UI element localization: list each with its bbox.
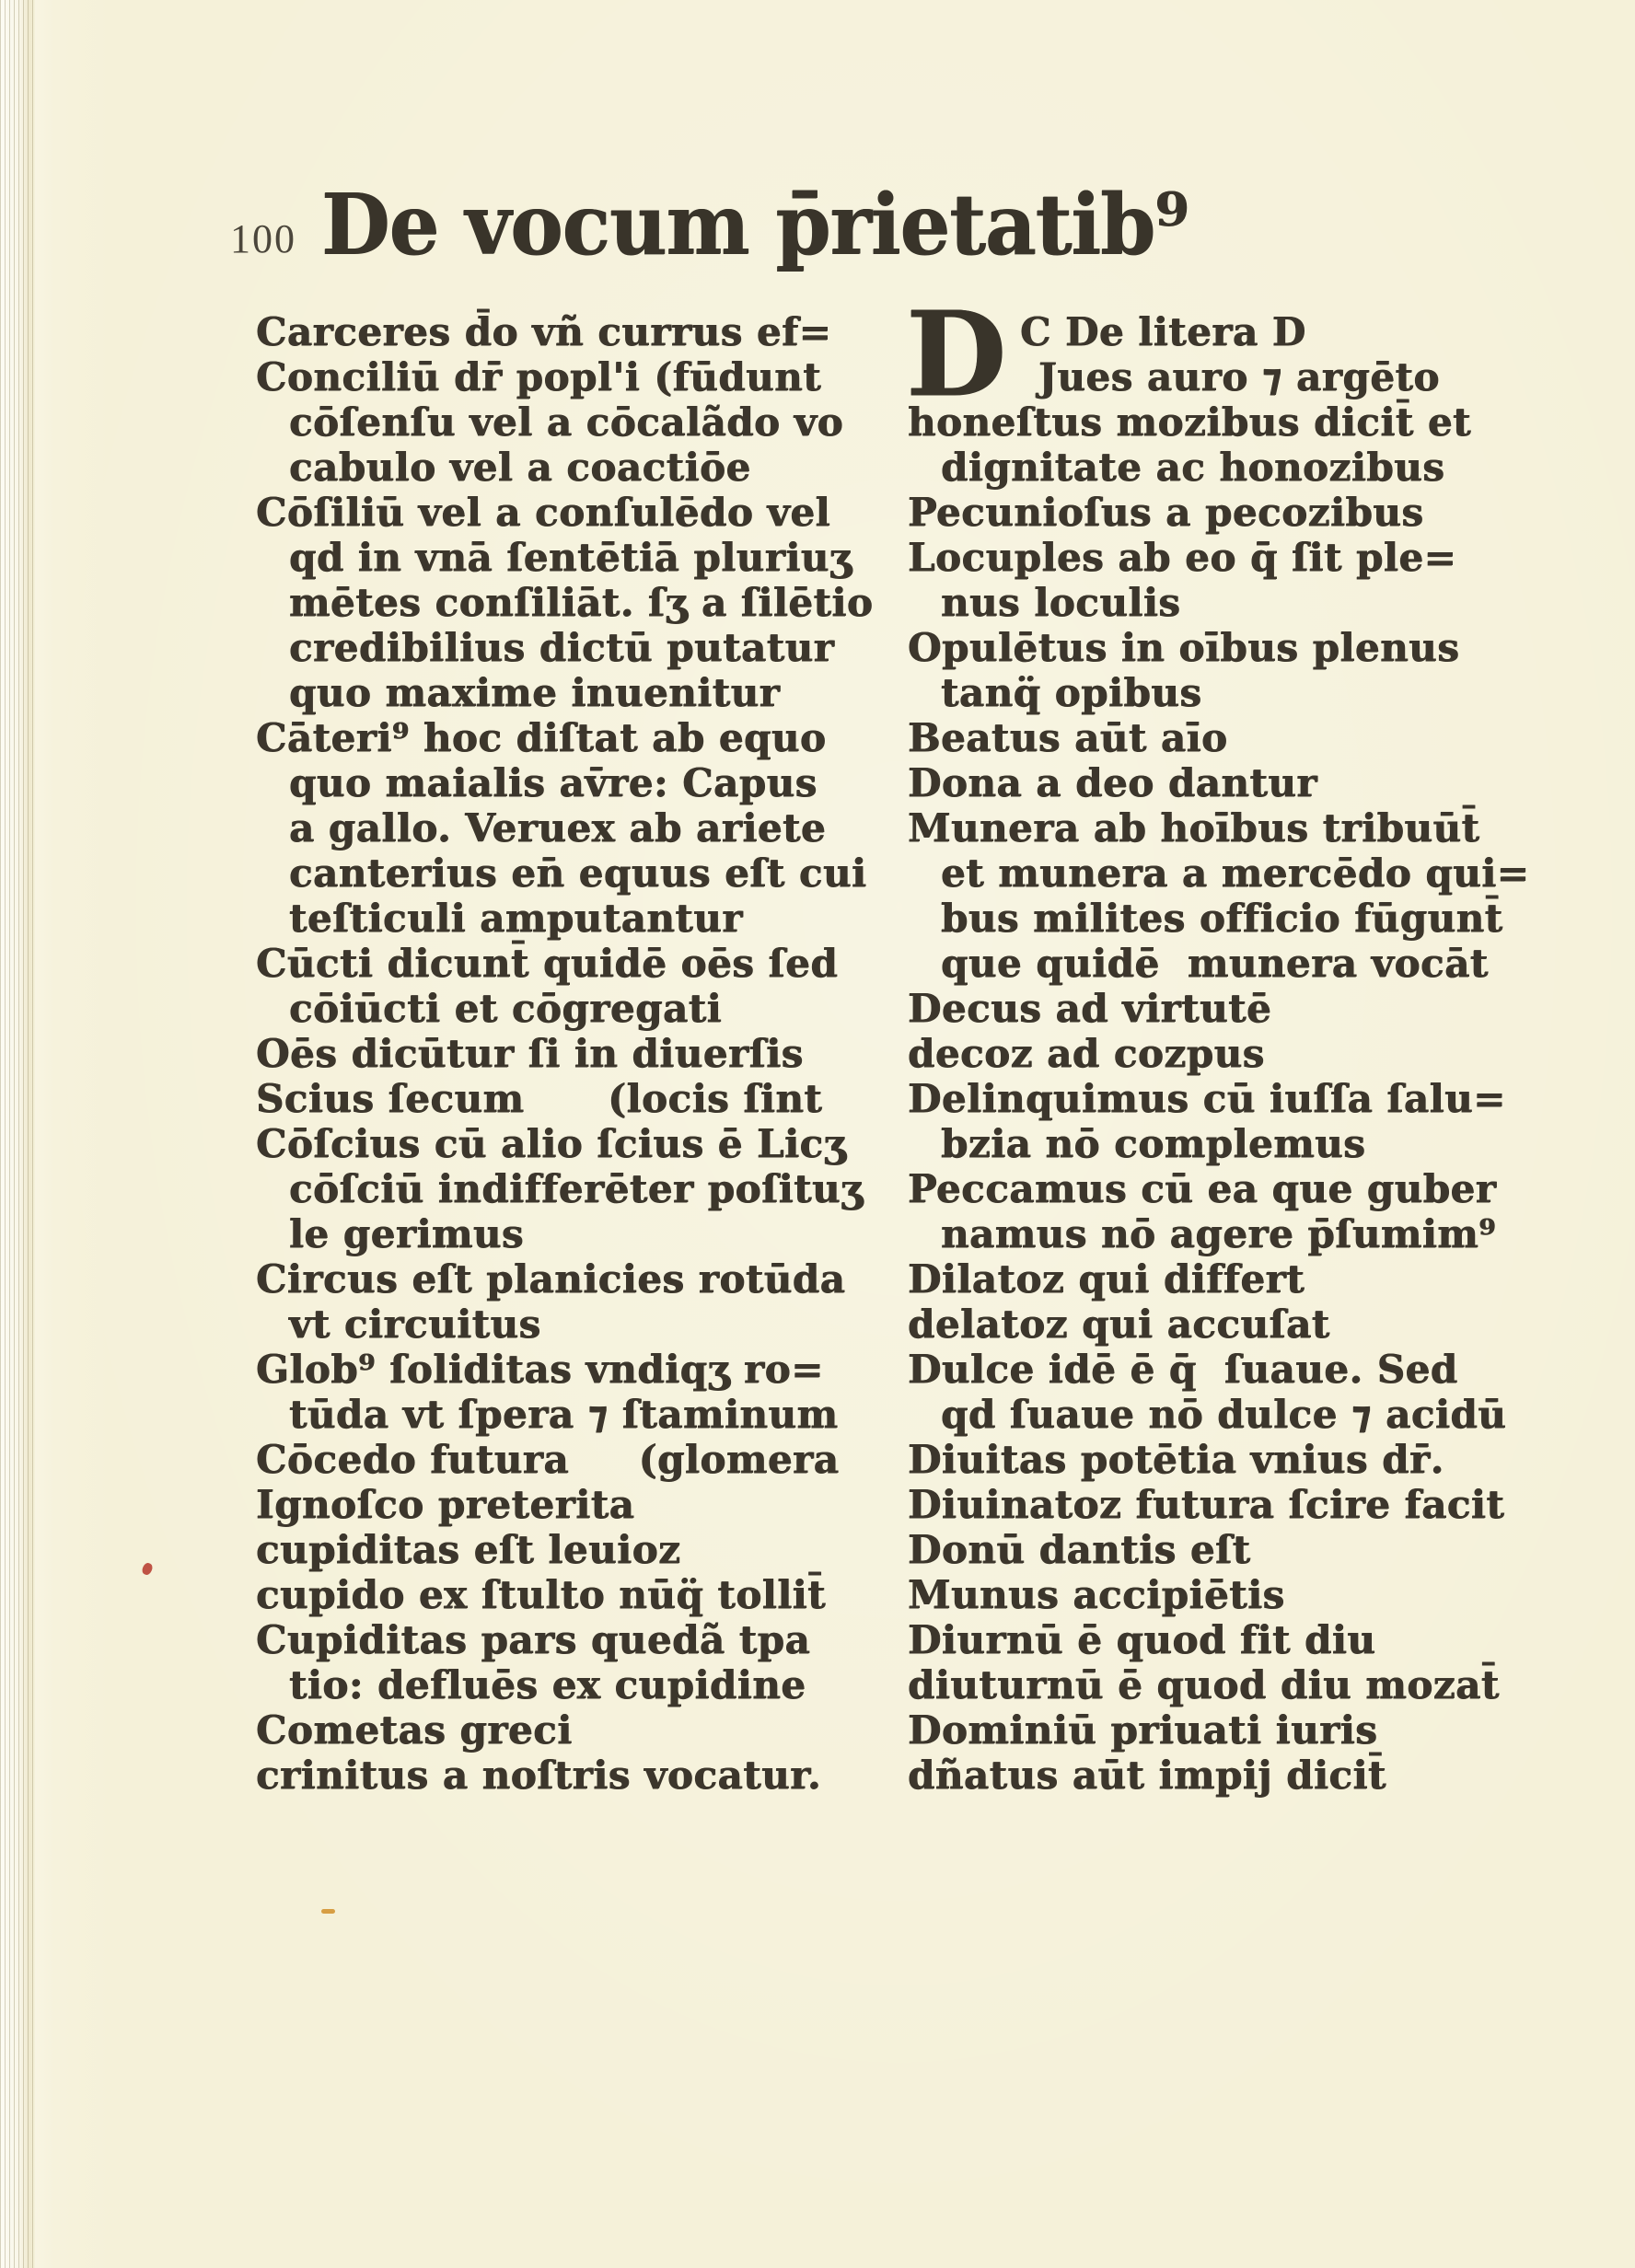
- text-line: Ignoſco preterita: [256, 1482, 945, 1527]
- text-line: cabulo vel a coactiōe: [256, 445, 945, 490]
- text-line: Cūcti dicunt̄ quidē oēs ſed: [256, 941, 945, 986]
- text-line: Cometas greci: [256, 1707, 945, 1753]
- text-line: tio: defluēs ex cupidine: [256, 1662, 945, 1707]
- text-line: quo maxime inuenitur: [256, 670, 945, 715]
- text-line: Cupiditas pars quedã tpa: [256, 1617, 945, 1662]
- text-line: qd ſuaue nō dulce ⁊ acidū: [908, 1392, 1515, 1437]
- text-line: credibilius dictū putatur: [256, 625, 945, 670]
- text-line: namus nō agere p̄ſumim⁹: [908, 1211, 1515, 1256]
- text-line: cōſciū indifferēter poſituʒ: [256, 1166, 945, 1211]
- text-line: nus loculis: [908, 580, 1515, 625]
- page-title: De vocum p̄rietatib⁹: [230, 179, 1280, 272]
- text-line: Munera ab hoībus tribuūt̄: [908, 805, 1515, 850]
- text-line: bzia nō complemus: [908, 1121, 1515, 1166]
- text-line: Opulētus in oībus plenus: [908, 625, 1515, 670]
- text-line: Glob⁹ ſoliditas vndiqʒ ro=: [256, 1347, 945, 1392]
- text-line: qd in vnā ſentētiā pluriuʒ: [256, 535, 945, 580]
- text-line: Dona a deo dantur: [908, 760, 1515, 805]
- text-line: Cōcedo futura (glomera: [256, 1437, 945, 1482]
- text-line: Diuitas potētia vnius dr̄.: [908, 1437, 1515, 1482]
- text-line: et munera a mercēdo qui=: [908, 850, 1515, 896]
- text-line: Cōſiliū vel a conſulēdo vel: [256, 490, 945, 535]
- ink-speck: [141, 1562, 154, 1577]
- text-line: vt circuitus: [256, 1302, 945, 1347]
- left-text-column: Carceres d̄o vñ currus ef=Conciliū dr̄ p…: [256, 309, 945, 1798]
- text-line: Dominiū priuati iuris: [908, 1707, 1515, 1753]
- text-line: le gerimus: [256, 1211, 945, 1256]
- text-line: Peccamus cū ea que guber: [908, 1166, 1515, 1211]
- text-line: dñatus aūt impij dicit̄: [908, 1753, 1515, 1798]
- text-line: Delinquimus cū iuſſa ſalu=: [908, 1076, 1515, 1121]
- scanned-book-page: 100 De vocum p̄rietatib⁹ Carceres d̄o vñ…: [0, 0, 1635, 2268]
- text-line: Cāteri⁹ hoc diſtat ab equo: [256, 715, 945, 760]
- text-line: bus milites officio fūgunt̄: [908, 896, 1515, 941]
- text-line: a gallo. Veruex ab ariete: [256, 805, 945, 850]
- text-line: Conciliū dr̄ popl'i (fūdunt: [256, 354, 945, 399]
- text-line: cōſenſu vel a cōcalãdo vo: [256, 399, 945, 445]
- text-line: quo maialis av̄re: Capus: [256, 760, 945, 805]
- text-line: que quidē munera vocāt: [908, 941, 1515, 986]
- text-line: teſticuli amputantur: [256, 896, 945, 941]
- text-line: cupiditas eſt leuioz: [256, 1527, 945, 1572]
- text-line: Dulce idē ē q̄ ſuaue. Sed: [908, 1347, 1515, 1392]
- text-line: diuturnū ē quod diu mozat̄: [908, 1662, 1515, 1707]
- text-line: cōiūcti et cōgregati: [256, 986, 945, 1031]
- text-line: Decus ad virtutē: [908, 986, 1515, 1031]
- text-line: Carceres d̄o vñ currus ef=: [256, 309, 945, 354]
- text-line: Pecunioſus a pecozibus: [908, 490, 1515, 535]
- text-line: Munus accipiētis: [908, 1572, 1515, 1617]
- text-line: mētes conſiliāt. ſʒ a ſilētio: [256, 580, 945, 625]
- text-line: Diuinatoz futura ſcire facit: [908, 1482, 1515, 1527]
- ink-speck: [321, 1909, 335, 1914]
- book-page-stack-edge: [0, 0, 35, 2268]
- text-line: decoz ad cozpus: [908, 1031, 1515, 1076]
- text-line: Beatus aūt aīo: [908, 715, 1515, 760]
- text-line: Cōſcius cū alio ſcius ē Licʒ: [256, 1121, 945, 1166]
- text-line: tūda vt ſpera ⁊ ſtaminum: [256, 1392, 945, 1437]
- text-line: Circus eſt planicies rotūda: [256, 1256, 945, 1302]
- text-line: Oēs dicūtur ſi in diuerſis: [256, 1031, 945, 1076]
- text-line: Locuples ab eo q̄ ſit ple=: [908, 535, 1515, 580]
- right-text-column: D C De litera DJues auro ⁊ argētohoneſtu…: [908, 309, 1515, 1798]
- text-line: tanq̈ opibus: [908, 670, 1515, 715]
- text-line: cupido ex ſtulto nūq̈ tollit̄: [256, 1572, 945, 1617]
- text-line: Donū dantis eſt: [908, 1527, 1515, 1572]
- text-line: dignitate ac honozibus: [908, 445, 1515, 490]
- text-line: Diurnū ē quod fit diu: [908, 1617, 1515, 1662]
- text-line: Dilatoz qui differt: [908, 1256, 1515, 1302]
- text-line: crinitus a noſtris vocatur.: [256, 1753, 945, 1798]
- text-line: canterius en̄ equus eſt cui: [256, 850, 945, 896]
- drop-cap-initial-d: D: [906, 304, 1007, 405]
- text-line: delatoz qui accuſat: [908, 1302, 1515, 1347]
- text-line: Scius ſecum (locis ſint: [256, 1076, 945, 1121]
